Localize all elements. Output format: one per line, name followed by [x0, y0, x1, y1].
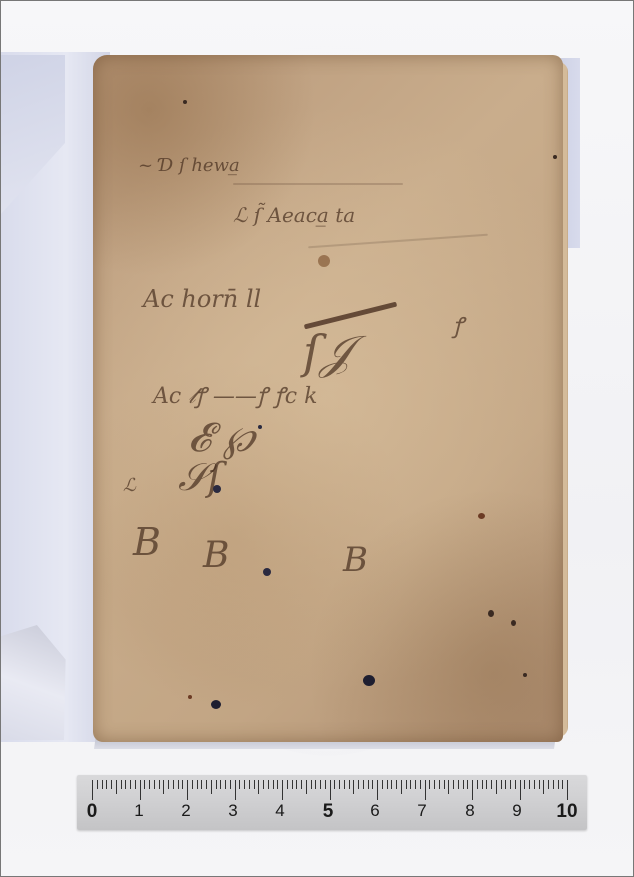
ruler-tick — [425, 780, 426, 800]
ruler-tick — [292, 780, 293, 789]
ruler-tick — [529, 780, 530, 789]
ruler-tick — [567, 780, 568, 800]
ruler-label: 5 — [323, 801, 334, 823]
ruler-tick — [254, 780, 255, 789]
ruler-tick — [448, 780, 449, 794]
ruler-tick — [282, 780, 283, 800]
ruler-tick — [92, 780, 93, 800]
ruler-tick — [515, 780, 516, 789]
ruler-tick — [372, 780, 373, 789]
ruler-tick — [524, 780, 525, 789]
stain — [318, 255, 330, 267]
ruler-tick — [344, 780, 345, 789]
ruler-tick — [401, 780, 402, 794]
ruler-tick — [315, 780, 316, 789]
ink-line — [233, 183, 403, 185]
ruler-tick — [220, 780, 221, 789]
ruler-tick — [168, 780, 169, 789]
ruler-tick — [330, 780, 331, 800]
ruler-tick — [339, 780, 340, 789]
ruler-tick — [125, 780, 126, 789]
ruler-ticks — [77, 780, 587, 802]
ruler-tick — [463, 780, 464, 789]
ruler-tick — [258, 780, 259, 794]
ruler-tick — [268, 780, 269, 789]
ruler-tick — [510, 780, 511, 789]
ruler-tick — [439, 780, 440, 789]
ink-scribble: ꝭ — [453, 310, 463, 340]
ruler-tick — [197, 780, 198, 789]
ink-initial: B — [343, 540, 368, 580]
ruler-tick — [306, 780, 307, 794]
ruler-tick — [201, 780, 202, 789]
ruler-tick — [277, 780, 278, 789]
ink-scribble: ​~ Ɗ ſ hewa̲ — [138, 155, 240, 176]
ruler-tick — [420, 780, 421, 789]
ink-line — [308, 234, 488, 249]
ink-scribble: Ac horn̄ ll — [143, 285, 261, 313]
foxing-spot — [188, 695, 192, 699]
ruler-tick — [102, 780, 103, 789]
ruler-tick — [149, 780, 150, 789]
ruler-tick — [159, 780, 160, 789]
ruler-tick — [562, 780, 563, 789]
ruler-tick — [187, 780, 188, 800]
ruler-label: 4 — [275, 801, 284, 821]
ruler-tick — [429, 780, 430, 789]
ruler-tick — [553, 780, 554, 789]
ruler-tick — [387, 780, 388, 789]
ruler-tick — [534, 780, 535, 789]
ink-scribble: Ac 𝓁ꝭ ——ꝭ ꝭc k — [153, 380, 317, 410]
ruler-label: 2 — [181, 801, 190, 821]
ink-spot — [258, 425, 262, 429]
ruler-tick — [182, 780, 183, 789]
ruler-tick — [154, 780, 155, 789]
ink-spot — [263, 568, 271, 576]
ruler-tick — [235, 780, 236, 800]
scale-ruler: 0 1 2 3 4 5 6 7 8 9 10 — [77, 775, 587, 830]
ruler-tick — [273, 780, 274, 789]
ink-smear — [304, 302, 397, 330]
foxing-spot — [511, 620, 516, 626]
ruler-tick — [482, 780, 483, 789]
ruler-label: 7 — [417, 801, 426, 821]
ruler-tick — [453, 780, 454, 789]
ruler-tick — [111, 780, 112, 789]
ruler-tick — [472, 780, 473, 800]
ink-scribble: ſ𝒥 — [303, 325, 352, 381]
ruler-tick — [520, 780, 521, 800]
ruler-tick — [121, 780, 122, 789]
ruler-tick — [496, 780, 497, 794]
ruler-tick — [382, 780, 383, 789]
ruler-tick — [543, 780, 544, 794]
ruler-tick — [444, 780, 445, 789]
ink-initial: B — [203, 535, 229, 576]
ruler-tick — [211, 780, 212, 794]
ruler-tick — [368, 780, 369, 789]
ruler-tick — [415, 780, 416, 789]
ruler-label: 0 — [87, 801, 98, 823]
ruler-label: 1 — [134, 801, 143, 821]
ruler-tick — [353, 780, 354, 794]
foxing-spot — [488, 610, 494, 617]
ruler-label: 8 — [465, 801, 474, 821]
ink-scribble: ℒ — [123, 475, 136, 496]
ruler-tick — [458, 780, 459, 789]
ruler-tick — [106, 780, 107, 789]
foxing-spot — [523, 673, 527, 677]
ruler-tick — [244, 780, 245, 789]
manuscript-cover: ​~ Ɗ ſ hewa̲ ℒ ſ̃ Aeaca̲ ta Ac horn̄ ll … — [93, 55, 563, 742]
ruler-tick — [325, 780, 326, 789]
foxing-spot — [478, 513, 485, 519]
ruler-tick — [140, 780, 141, 800]
ruler-tick — [558, 780, 559, 789]
ruler-tick — [363, 780, 364, 789]
ruler-label: 10 — [556, 801, 577, 823]
ruler-tick — [358, 780, 359, 789]
ruler-tick — [287, 780, 288, 789]
ruler-tick — [410, 780, 411, 789]
ruler-tick — [130, 780, 131, 789]
ruler-tick — [249, 780, 250, 789]
ruler-tick — [178, 780, 179, 789]
ruler-label: 3 — [228, 801, 237, 821]
ruler-tick — [135, 780, 136, 789]
ruler-tick — [192, 780, 193, 789]
ruler-tick — [239, 780, 240, 789]
ink-initial: B — [133, 520, 161, 564]
ruler-tick — [539, 780, 540, 789]
ruler-tick — [349, 780, 350, 789]
ruler-tick — [301, 780, 302, 789]
ink-spot — [363, 675, 375, 686]
ruler-tick — [477, 780, 478, 789]
ruler-tick — [97, 780, 98, 789]
ruler-tick — [501, 780, 502, 789]
ink-scribble: 𝓔 ℘ — [188, 415, 254, 461]
ruler-label: 9 — [512, 801, 521, 821]
ink-spot — [211, 700, 221, 709]
ruler-tick — [206, 780, 207, 789]
foxing-spot — [553, 155, 557, 159]
ruler-tick — [225, 780, 226, 789]
ruler-tick — [406, 780, 407, 789]
ruler-tick — [144, 780, 145, 789]
ruler-tick — [216, 780, 217, 789]
ruler-tick — [391, 780, 392, 789]
ruler-tick — [296, 780, 297, 789]
ruler-tick — [320, 780, 321, 789]
ruler-tick — [505, 780, 506, 789]
ruler-tick — [396, 780, 397, 789]
ruler-tick — [334, 780, 335, 789]
ink-spot — [213, 485, 221, 493]
ruler-tick — [311, 780, 312, 789]
ruler-tick — [548, 780, 549, 789]
ruler-tick — [491, 780, 492, 789]
ink-scribble: 𝒮ſ — [178, 455, 221, 500]
ruler-tick — [377, 780, 378, 800]
ruler-tick — [163, 780, 164, 794]
ink-scribble: ℒ ſ̃ Aeaca̲ ta — [233, 203, 355, 227]
ruler-label: 6 — [370, 801, 379, 821]
ruler-tick — [173, 780, 174, 789]
ruler-tick — [230, 780, 231, 789]
ruler-tick — [486, 780, 487, 789]
foxing-spot — [183, 100, 187, 104]
ruler-tick — [116, 780, 117, 794]
ruler-tick — [467, 780, 468, 789]
ruler-tick — [263, 780, 264, 789]
ruler-tick — [434, 780, 435, 789]
